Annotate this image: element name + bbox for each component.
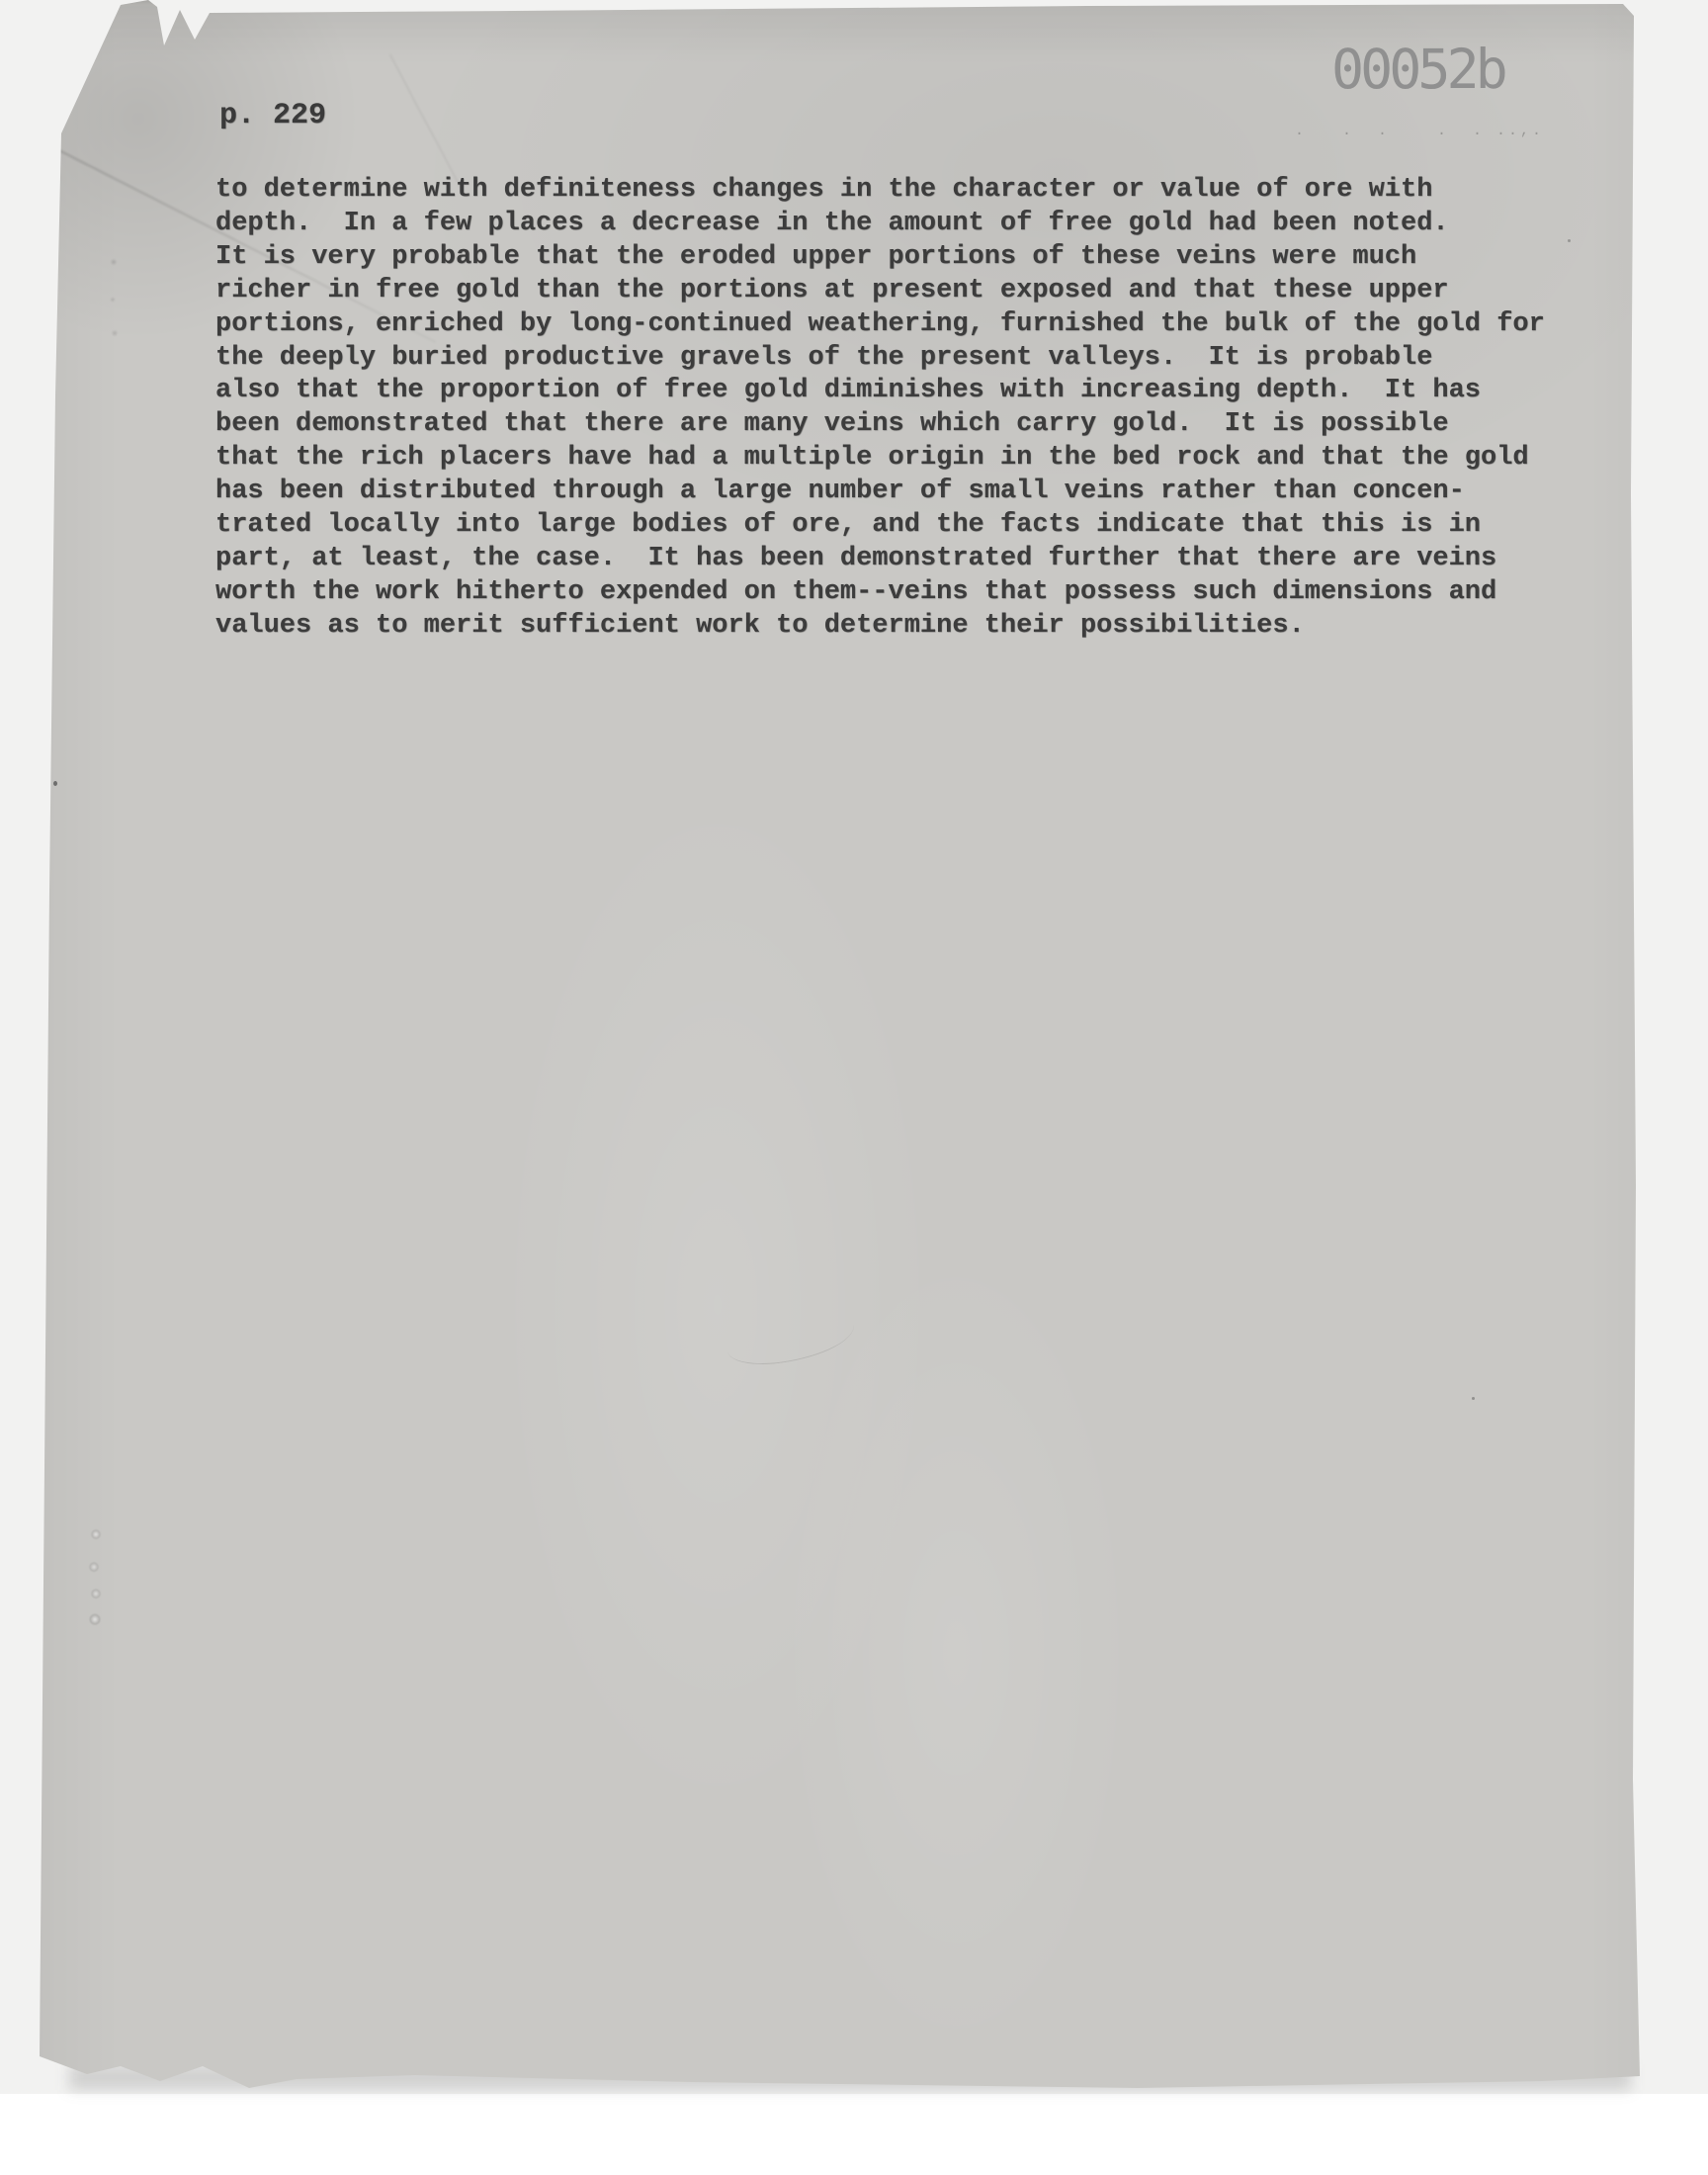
typewritten-line: values as to merit sufficient work to de… (215, 610, 1545, 644)
typewritten-line: been demonstrated that there are many ve… (215, 408, 1545, 442)
archive-stamp-number: 00052b (1331, 40, 1504, 99)
page-number: p. 229 (219, 99, 326, 132)
scanned-page-background: { "document": { "page_number": "p. 229",… (0, 0, 1708, 2175)
typewritten-line: the deeply buried productive gravels of … (215, 342, 1545, 376)
ink-speck (1568, 239, 1571, 242)
hairline-scratch (724, 1306, 857, 1370)
ink-speck (1472, 1397, 1475, 1400)
scan-bottom-margin (0, 2094, 1708, 2175)
typewritten-line: has been distributed through a large num… (215, 476, 1545, 509)
ink-speck (53, 781, 57, 786)
typewritten-line: worth the work hitherto expended on them… (215, 576, 1545, 610)
typewritten-line: part, at least, the case. It has been de… (215, 543, 1545, 576)
left-margin-smudge (107, 252, 121, 346)
typewritten-line: that the rich placers have had a multipl… (215, 442, 1545, 476)
left-edge-staple-marks (81, 1522, 111, 1631)
typewritten-line: richer in free gold than the portions at… (215, 275, 1545, 308)
faint-pencil-marks: . . . . . ..,. (1295, 123, 1544, 139)
typewritten-paragraph: to determine with definiteness changes i… (215, 174, 1545, 644)
typewritten-line: also that the proportion of free gold di… (215, 375, 1545, 408)
document-page: p. 229 00052b . . . . . ..,. to determin… (0, 0, 1708, 2175)
typewritten-line: trated locally into large bodies of ore,… (215, 509, 1545, 543)
typewritten-line: to determine with definiteness changes i… (215, 174, 1545, 208)
typewritten-line: It is very probable that the eroded uppe… (215, 241, 1545, 275)
typewritten-line: depth. In a few places a decrease in the… (215, 208, 1545, 241)
typewritten-line: portions, enriched by long-continued wea… (215, 308, 1545, 342)
